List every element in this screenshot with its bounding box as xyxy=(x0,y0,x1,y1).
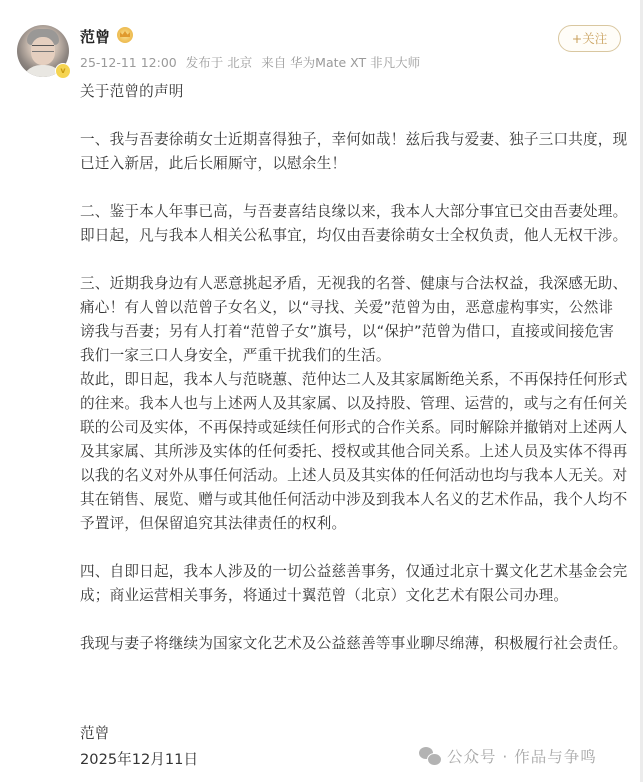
avatar-glasses xyxy=(32,45,54,52)
paragraph-closing: 我现与妻子将继续为国家文化艺术及公益慈善等事业聊尽绵薄，积极履行社会责任。 xyxy=(80,632,628,656)
author-name[interactable]: 范曾 xyxy=(80,26,110,47)
signature-date: 2025年12月11日 xyxy=(80,748,198,769)
spacer xyxy=(80,104,628,128)
watermark: 公众号 · 作品与争鸣 xyxy=(419,744,597,768)
post-meta: 25-12-11 12:00 发布于 北京 来自 华为Mate XT 非凡大师 xyxy=(80,53,425,71)
follow-button[interactable]: +关注 xyxy=(558,25,621,52)
paragraph-4: 四、自即日起，我本人涉及的一切公益慈善事务，仅通过北京十翼文化艺术基金会完成；商… xyxy=(80,560,628,608)
post-location: 发布于 北京 xyxy=(186,55,252,70)
verified-badge-icon: v xyxy=(55,63,71,79)
signature-name: 范曾 xyxy=(80,722,109,743)
statement-title: 关于范曾的声明 xyxy=(80,80,628,104)
post-source: 来自 华为Mate XT 非凡大师 xyxy=(261,55,420,70)
paragraph-1: 一、我与吾妻徐萌女士近期喜得独子，幸何如哉！兹后我与爱妻、独子三口共度，现已迁入… xyxy=(80,128,628,176)
watermark-text: 公众号 · 作品与争鸣 xyxy=(447,745,597,767)
post-header: v 范曾 25-12-11 12:00 发布于 北京 来自 华为Mate XT … xyxy=(17,23,627,83)
post-timestamp: 25-12-11 12:00 xyxy=(80,55,177,70)
post-body: 关于范曾的声明 一、我与吾妻徐萌女士近期喜得独子，幸何如哉！兹后我与爱妻、独子三… xyxy=(80,80,628,656)
spacer xyxy=(80,248,628,272)
spacer xyxy=(80,176,628,200)
spacer xyxy=(80,536,628,560)
paragraph-3: 三、近期我身边有人恶意挑起矛盾，无视我的名誉、健康与合法权益，我深感无助、痛心！… xyxy=(80,272,628,368)
paragraph-2: 二、鉴于本人年事已高，与吾妻喜结良缘以来，我本人大部分事宜已交由吾妻处理。即日起… xyxy=(80,200,628,248)
wechat-icon xyxy=(419,747,441,765)
paragraph-3-continued: 故此，即日起，我本人与范晓蕙、范仲达二人及其家属断绝关系，不再保持任何形式的往来… xyxy=(80,368,628,536)
crown-badge-icon xyxy=(117,27,133,43)
spacer xyxy=(80,608,628,632)
